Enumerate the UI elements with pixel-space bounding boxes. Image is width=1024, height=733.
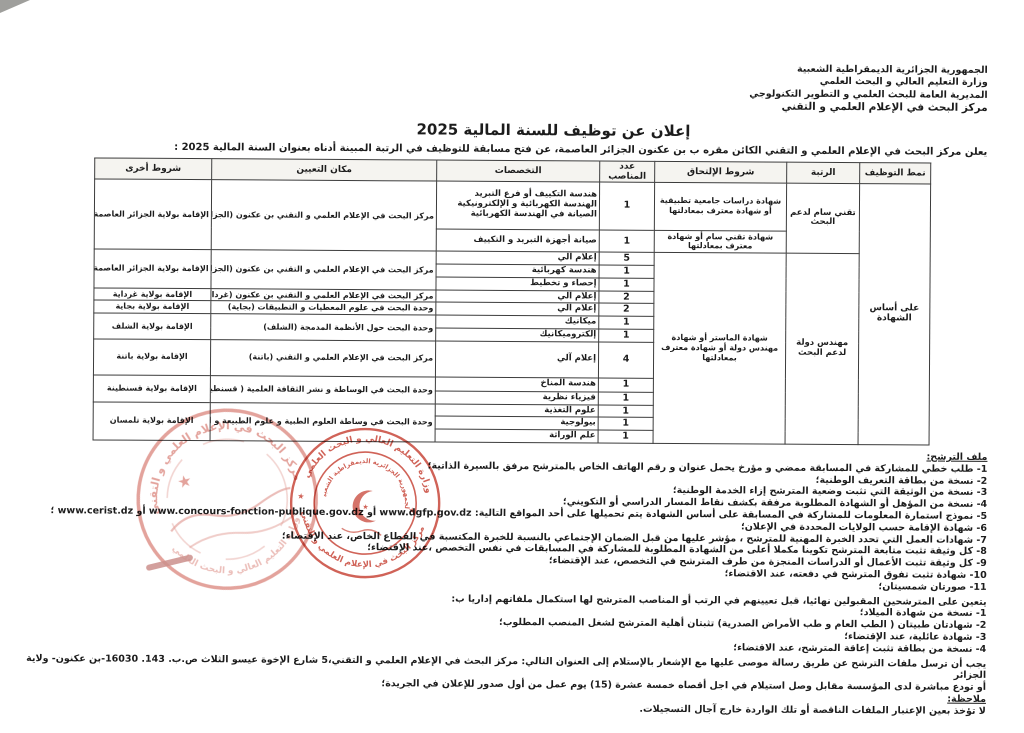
cell-count: 1	[598, 405, 653, 418]
cell-specialization: إحصاء و تخطيط	[436, 277, 599, 291]
cell-other-conditions: الإقامة بولاية الجزائر العاصمة	[94, 179, 211, 250]
cell-other-conditions: الإقامة بولاية تلمسان	[93, 402, 210, 441]
cell-count: 1	[598, 430, 653, 443]
files-heading: ملف الترشح:	[926, 452, 987, 463]
cell-specialization: علم الوراثة	[435, 429, 598, 443]
cell-other-conditions: الإقامة بولاية غرداية	[94, 288, 211, 302]
cell-specialization: إعلام آلي	[436, 290, 599, 304]
cell-rank-engineer: مهندس دولة لدعم البحث	[785, 253, 859, 444]
header-positions-count: عدد المناصب	[600, 161, 655, 182]
header-conditions: شروط الإلتحاق	[655, 161, 787, 183]
cell-specialization: هندسة المناخ	[435, 377, 598, 392]
cell-count: 2	[599, 291, 654, 304]
page-title: إعلان عن توظيف للسنة المالية 2025	[41, 118, 1024, 142]
cell-rank-technician: تقني سام لدعم البحث	[786, 183, 859, 254]
cell-count: 2	[599, 303, 654, 316]
cell-condition: شهادة تقني سام أو شهادة معترف بمعادلتها	[654, 230, 786, 253]
cell-count: 1	[599, 278, 654, 291]
cell-count: 1	[598, 392, 653, 405]
cell-condition: شهادة دراسات جامعية تطبيقية أو شهادة معت…	[654, 182, 786, 231]
header-rank: الرتبة	[787, 162, 860, 183]
cell-count: 1	[598, 417, 653, 430]
cell-specialization: إعلام آلي	[435, 341, 598, 378]
cell-count: 1	[599, 316, 654, 329]
cell-specialization: فيزياء نظرية	[435, 391, 598, 405]
cell-count: 5	[599, 252, 654, 265]
cell-specialization: إعلام آلي	[436, 302, 599, 316]
cell-specialization: صيانة أجهزة التبريد و التكييف	[436, 229, 599, 253]
cell-other-conditions: الإقامة بولاية بجاية	[94, 300, 211, 314]
cell-specialization: بيولوجية	[435, 416, 598, 430]
table-row: على أساس الشهادة تقني سام لدعم البحث شها…	[94, 179, 930, 232]
cell-specialization: ميكانيك	[436, 315, 599, 329]
cell-specialization: هندسة كهربائية	[436, 264, 599, 278]
header-employment-mode: نمط التوظيف	[860, 162, 931, 183]
cell-specialization: علوم التغذية	[435, 404, 598, 418]
header-specializations: التخصصات	[437, 160, 600, 182]
recruitment-table: نمط التوظيف الرتبة شروط الإلتحاق عدد الم…	[93, 157, 932, 445]
government-letterhead: الجمهورية الجزائرية الديمقراطية الشعبية …	[2, 59, 988, 115]
document-page: الجمهورية الجزائرية الديمقراطية الشعبية …	[0, 0, 1024, 733]
cell-other-conditions: الإقامة بولاية الشلف	[94, 313, 211, 339]
cell-place: وحدة البحث في وساطة العلوم الطبية و علوم…	[210, 402, 435, 442]
cell-place: وحدة البحث في الوساطة و نشر الثقافة العل…	[210, 375, 435, 403]
cell-place: وحدة البحث حول الأنظمة المدمجة (الشلف)	[211, 314, 436, 341]
header-other-conditions: شروط أخرى	[95, 158, 212, 180]
scanned-job-announcement: { "letterhead": { "line1": "الجمهورية ال…	[0, 0, 1024, 733]
announcement-intro: يعلن مركز البحث في الإعلام العلمي و التق…	[31, 141, 987, 158]
cell-place: مركز البحث في الإعلام العلمي و التقني (ب…	[210, 339, 435, 376]
cell-count: 1	[599, 265, 654, 278]
cell-other-conditions: الإقامة بولاية قسنطينة	[93, 375, 210, 403]
cell-count: 1	[598, 378, 653, 392]
cell-count: 4	[598, 342, 653, 378]
application-requirements: ملف الترشح: 1- طلب خطي للمشاركة في المسا…	[22, 446, 988, 717]
cell-count: 1	[599, 230, 654, 253]
cell-employment-mode: على أساس الشهادة	[858, 183, 931, 445]
cell-condition: شهادة الماستر أو شهادة مهندس دولة أو شها…	[653, 253, 786, 445]
cell-other-conditions: الإقامة بولاية الجزائر العاصمة	[94, 249, 211, 288]
header-assignment-place: مكان التعيين	[212, 158, 437, 180]
cell-specialization: إعلام آلي	[436, 251, 599, 265]
cell-specialization: هندسة التكييف أو فرع التبريد الهندسة الك…	[436, 181, 599, 230]
cell-count: 1	[599, 329, 654, 342]
cell-other-conditions: الإقامة بولاية باتنة	[93, 339, 210, 376]
cell-place: مركز البحث في الإعلام العلمي و التقني بن…	[211, 179, 436, 251]
cell-place: مركز البحث في الإعلام العلمي و التقني بن…	[211, 250, 436, 290]
cell-count: 1	[599, 182, 654, 230]
note-heading: ملاحظة:	[947, 694, 986, 705]
cell-specialization: إلكتروميكانيك	[436, 328, 599, 342]
